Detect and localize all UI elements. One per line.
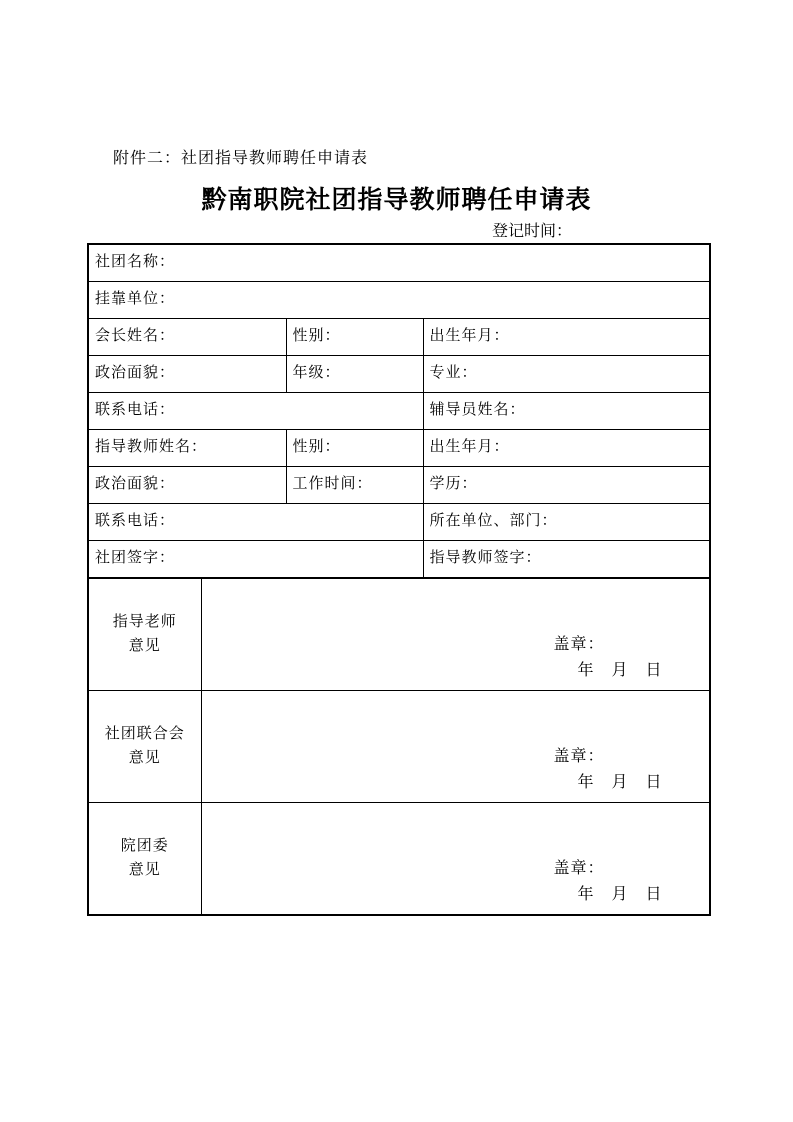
cell-major: 专业： <box>423 356 710 393</box>
league-committee-opinion-label: 院团委 意见 <box>88 803 201 916</box>
federation-opinion-label: 社团联合会 意见 <box>88 691 201 803</box>
table-row: 联系电话： 所在单位、部门： <box>88 504 710 541</box>
seal-label: 盖章： <box>554 631 663 654</box>
cell-advisor-political-status: 政治面貌： <box>88 467 286 504</box>
cell-advisor-signature: 指导教师签字： <box>423 541 710 578</box>
cell-advisor-birth-date: 出生年月： <box>423 430 710 467</box>
cell-counselor-name: 辅导员姓名： <box>423 393 710 430</box>
table-row: 联系电话： 辅导员姓名： <box>88 393 710 430</box>
table-row: 政治面貌： 工作时间： 学历： <box>88 467 710 504</box>
seal-block: 盖章： 年 月 日 <box>554 855 663 904</box>
seal-date-line: 年 月 日 <box>578 769 663 792</box>
cell-grade: 年级： <box>286 356 423 393</box>
cell-advisor-name: 指导教师姓名： <box>88 430 286 467</box>
seal-date-line: 年 月 日 <box>578 881 663 904</box>
advisor-opinion-label: 指导老师 意见 <box>88 579 201 691</box>
row-advisor-opinion: 指导老师 意见 盖章： 年 月 日 <box>88 579 710 691</box>
federation-opinion-label-line1: 社团联合会 <box>89 723 201 746</box>
form-title: 黔南职院社团指导教师聘任申请表 <box>0 180 793 216</box>
league-committee-opinion-content: 盖章： 年 月 日 <box>201 803 710 916</box>
table-row: 指导教师姓名： 性别： 出生年月： <box>88 430 710 467</box>
cell-advisor-gender: 性别： <box>286 430 423 467</box>
cell-president-phone: 联系电话： <box>88 393 423 430</box>
league-committee-opinion-label-line1: 院团委 <box>89 835 201 858</box>
seal-block: 盖章： 年 月 日 <box>554 743 663 792</box>
table-row: 会长姓名： 性别： 出生年月： <box>88 319 710 356</box>
registration-time-label: 登记时间： <box>492 218 572 241</box>
advisor-opinion-label-line2: 意见 <box>89 635 201 658</box>
cell-club-signature: 社团签字： <box>88 541 423 578</box>
cell-president-gender: 性别： <box>286 319 423 356</box>
cell-work-time: 工作时间： <box>286 467 423 504</box>
seal-block: 盖章： 年 月 日 <box>554 631 663 680</box>
info-table: 社团名称： 挂靠单位： 会长姓名： 性别： 出生年月： 政治面貌： 年级： 专业… <box>87 243 711 578</box>
cell-affiliated-unit: 挂靠单位： <box>88 282 710 319</box>
cell-president-birth-date: 出生年月： <box>423 319 710 356</box>
cell-education: 学历： <box>423 467 710 504</box>
table-row: 政治面貌： 年级： 专业： <box>88 356 710 393</box>
federation-opinion-content: 盖章： 年 月 日 <box>201 691 710 803</box>
opinion-table: 指导老师 意见 盖章： 年 月 日 社团联合会 意见 盖章： 年 月 日 <box>87 578 711 916</box>
cell-club-name: 社团名称： <box>88 244 710 282</box>
cell-unit-department: 所在单位、部门： <box>423 504 710 541</box>
table-row: 挂靠单位： <box>88 282 710 319</box>
table-row: 社团签字： 指导教师签字： <box>88 541 710 578</box>
advisor-opinion-content: 盖章： 年 月 日 <box>201 579 710 691</box>
seal-label: 盖章： <box>554 855 663 878</box>
document-page: { "document": { "attachment_note": "附件二：… <box>0 0 793 1122</box>
advisor-opinion-label-line1: 指导老师 <box>89 611 201 634</box>
table-row: 社团名称： <box>88 244 710 282</box>
federation-opinion-label-line2: 意见 <box>89 747 201 770</box>
attachment-note: 附件二：社团指导教师聘任申请表 <box>113 145 368 168</box>
cell-president-political-status: 政治面貌： <box>88 356 286 393</box>
row-federation-opinion: 社团联合会 意见 盖章： 年 月 日 <box>88 691 710 803</box>
application-form-table: 社团名称： 挂靠单位： 会长姓名： 性别： 出生年月： 政治面貌： 年级： 专业… <box>87 243 709 916</box>
cell-president-name: 会长姓名： <box>88 319 286 356</box>
league-committee-opinion-label-line2: 意见 <box>89 859 201 882</box>
row-league-committee-opinion: 院团委 意见 盖章： 年 月 日 <box>88 803 710 916</box>
seal-label: 盖章： <box>554 743 663 766</box>
cell-advisor-phone: 联系电话： <box>88 504 423 541</box>
seal-date-line: 年 月 日 <box>578 657 663 680</box>
